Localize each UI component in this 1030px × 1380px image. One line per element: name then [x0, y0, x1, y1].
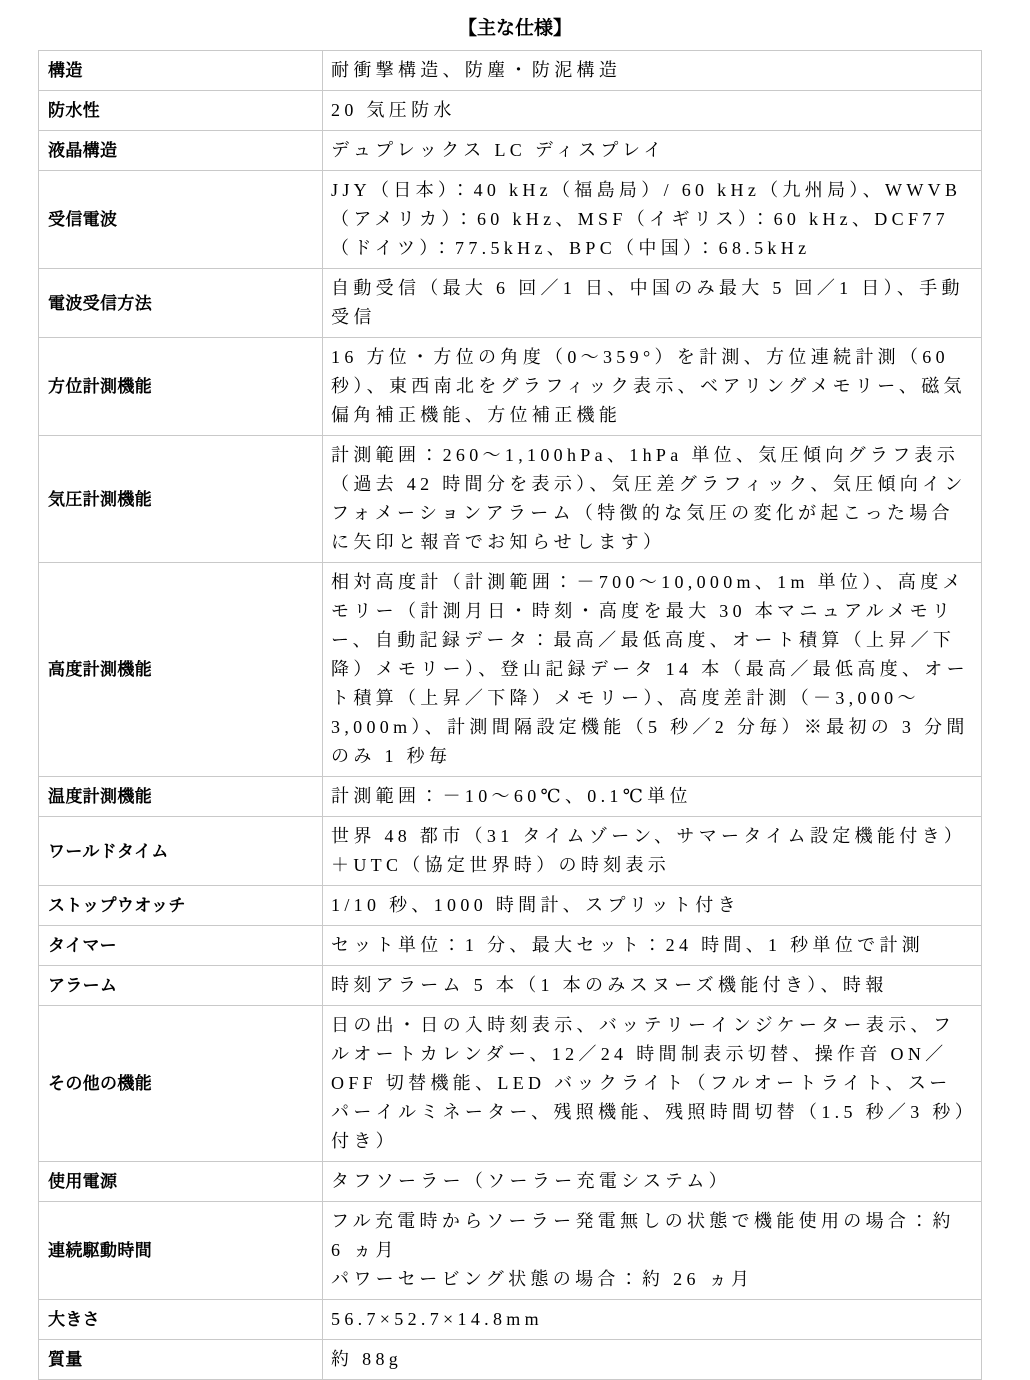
spec-value: 16 方位・方位の角度（0～359°）を計測、方位連続計測（60 秒）、東西南北… [323, 338, 982, 436]
spec-label: 受信電波 [39, 171, 323, 269]
spec-label: 方位計測機能 [39, 338, 323, 436]
table-row: 気圧計測機能 計測範囲：260～1,100hPa、1hPa 単位、気圧傾向グラフ… [39, 436, 982, 563]
spec-label: ワールドタイム [39, 817, 323, 886]
spec-value: 1/10 秒、1000 時間計、スプリット付き [323, 886, 982, 926]
spec-value: 56.7×52.7×14.8mm [323, 1300, 982, 1340]
spec-value: 計測範囲：260～1,100hPa、1hPa 単位、気圧傾向グラフ表示（過去 4… [323, 436, 982, 563]
spec-label: 使用電源 [39, 1162, 323, 1202]
spec-value: 世界 48 都市（31 タイムゾーン、サマータイム設定機能付き）＋UTC（協定世… [323, 817, 982, 886]
table-row: 方位計測機能 16 方位・方位の角度（0～359°）を計測、方位連続計測（60 … [39, 338, 982, 436]
spec-value: 計測範囲：－10～60℃、0.1℃単位 [323, 777, 982, 817]
spec-label: 構造 [39, 51, 323, 91]
spec-label: 温度計測機能 [39, 777, 323, 817]
table-row: ストップウオッチ 1/10 秒、1000 時間計、スプリット付き [39, 886, 982, 926]
spec-table: 構造 耐衝撃構造、防塵・防泥構造 防水性 20 気圧防水 液晶構造 デュプレック… [38, 50, 982, 1380]
spec-value: セット単位：1 分、最大セット：24 時間、1 秒単位で計測 [323, 926, 982, 966]
spec-label: ストップウオッチ [39, 886, 323, 926]
table-row: 受信電波 JJY（日本）：40 kHz（福島局）/ 60 kHz（九州局）、WW… [39, 171, 982, 269]
spec-value: タフソーラー（ソーラー充電システム） [323, 1162, 982, 1202]
spec-label: 質量 [39, 1340, 323, 1380]
table-row: ワールドタイム 世界 48 都市（31 タイムゾーン、サマータイム設定機能付き）… [39, 817, 982, 886]
page-title: 【主な仕様】 [0, 0, 1030, 50]
spec-value: 相対高度計（計測範囲：－700～10,000m、1m 単位）、高度メモリー（計測… [323, 563, 982, 777]
spec-label: 電波受信方法 [39, 269, 323, 338]
table-row: 温度計測機能 計測範囲：－10～60℃、0.1℃単位 [39, 777, 982, 817]
table-row: 大きさ 56.7×52.7×14.8mm [39, 1300, 982, 1340]
spec-label: 液晶構造 [39, 131, 323, 171]
spec-label: その他の機能 [39, 1006, 323, 1162]
spec-value: デュプレックス LC ディスプレイ [323, 131, 982, 171]
spec-table-body: 構造 耐衝撃構造、防塵・防泥構造 防水性 20 気圧防水 液晶構造 デュプレック… [39, 51, 982, 1380]
spec-value: 時刻アラーム 5 本（1 本のみスヌーズ機能付き）、時報 [323, 966, 982, 1006]
table-row: タイマー セット単位：1 分、最大セット：24 時間、1 秒単位で計測 [39, 926, 982, 966]
spec-label: タイマー [39, 926, 323, 966]
spec-value: 日の出・日の入時刻表示、バッテリーインジケーター表示、フルオートカレンダー、12… [323, 1006, 982, 1162]
spec-label: 連続駆動時間 [39, 1202, 323, 1300]
spec-label: 大きさ [39, 1300, 323, 1340]
spec-label: 気圧計測機能 [39, 436, 323, 563]
spec-label: 高度計測機能 [39, 563, 323, 777]
table-row: 液晶構造 デュプレックス LC ディスプレイ [39, 131, 982, 171]
table-row: アラーム 時刻アラーム 5 本（1 本のみスヌーズ機能付き）、時報 [39, 966, 982, 1006]
spec-label: アラーム [39, 966, 323, 1006]
spec-value: フル充電時からソーラー発電無しの状態で機能使用の場合：約 6 ヵ月 パワーセービ… [323, 1202, 982, 1300]
table-row: 高度計測機能 相対高度計（計測範囲：－700～10,000m、1m 単位）、高度… [39, 563, 982, 777]
table-row: 使用電源 タフソーラー（ソーラー充電システム） [39, 1162, 982, 1202]
spec-value: 20 気圧防水 [323, 91, 982, 131]
spec-value: JJY（日本）：40 kHz（福島局）/ 60 kHz（九州局）、WWVB（アメ… [323, 171, 982, 269]
table-row: 電波受信方法 自動受信（最大 6 回／1 日、中国のみ最大 5 回／1 日）、手… [39, 269, 982, 338]
table-row: 構造 耐衝撃構造、防塵・防泥構造 [39, 51, 982, 91]
table-row: 質量 約 88g [39, 1340, 982, 1380]
spec-value: 約 88g [323, 1340, 982, 1380]
table-row: 防水性 20 気圧防水 [39, 91, 982, 131]
spec-label: 防水性 [39, 91, 323, 131]
table-row: その他の機能 日の出・日の入時刻表示、バッテリーインジケーター表示、フルオートカ… [39, 1006, 982, 1162]
spec-value: 耐衝撃構造、防塵・防泥構造 [323, 51, 982, 91]
spec-value: 自動受信（最大 6 回／1 日、中国のみ最大 5 回／1 日）、手動受信 [323, 269, 982, 338]
table-row: 連続駆動時間 フル充電時からソーラー発電無しの状態で機能使用の場合：約 6 ヵ月… [39, 1202, 982, 1300]
